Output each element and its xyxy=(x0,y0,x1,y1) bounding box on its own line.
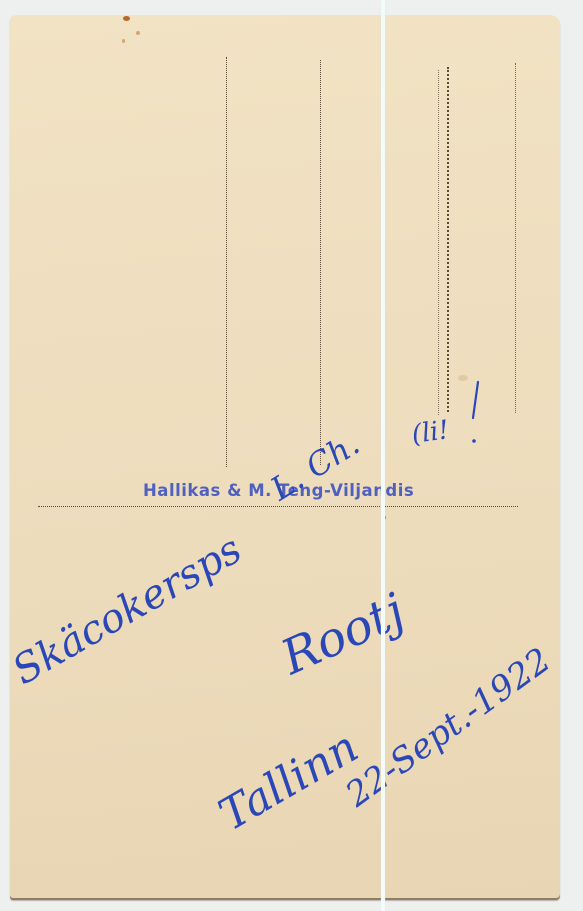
ink-strokes xyxy=(0,0,583,911)
scan-artifact-line xyxy=(381,0,385,911)
